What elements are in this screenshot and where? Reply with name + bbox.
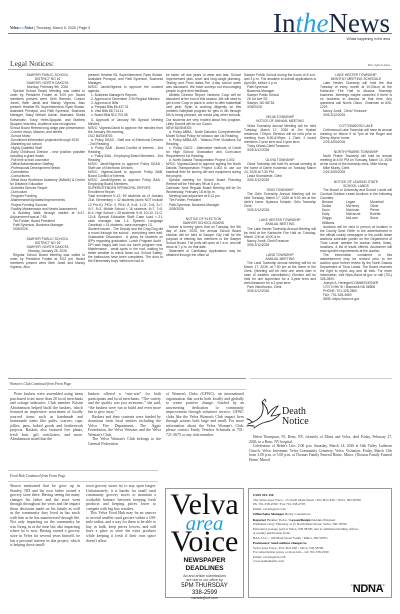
- womens-club-subhead: Women's Club Continued from Front Page: [10, 382, 71, 386]
- notice-line: Cottonwood Lake Township will have its a…: [320, 128, 392, 140]
- food-hub-top-rule: [8, 470, 158, 471]
- notice-line: b. Policy ABBA-AR - Tobacco Free Violati…: [166, 138, 241, 146]
- usps-number: USPS 019-156: [253, 493, 273, 497]
- notice-line: 4. Approval of January 9th Special Meeti…: [88, 118, 163, 126]
- death-title-line-2: Notice: [282, 417, 309, 427]
- office-manager-label: Office/Sales Manager: [253, 512, 284, 516]
- section-title: Legal Notices:: [10, 59, 54, 68]
- page-dateline: VelvaareaVoice | Thursday, March 5, 2026…: [10, 26, 90, 30]
- publication-info-box: USPS 019-156 The Velva Area Voice / 15 N…: [248, 488, 392, 598]
- food-hub-subhead: Food Hub Continued from Front Page: [10, 474, 65, 478]
- ndna-badge: An award-winning member of the NDNA: [349, 584, 387, 592]
- dove-icon: [244, 398, 284, 430]
- ad-heading: NEWSPAPER DEADLINES: [166, 557, 243, 572]
- notice-line: Special School Board Meeting was called …: [10, 89, 85, 125]
- county-name: [368, 221, 392, 225]
- article-paragraph: Shawn mentioned that he grew up in Stanl…: [10, 484, 80, 548]
- notice-line: c. Policy BAA - Employing Board Members …: [88, 154, 163, 162]
- notice-line: a. Policy DEAD - Staff use of Electronic…: [88, 138, 163, 146]
- notice-line: Velva Township Annual Meeting will be he…: [244, 124, 316, 144]
- legal-column-3: be taken off due years of wear and tear.…: [166, 73, 241, 257]
- county-name: Williams: [320, 221, 344, 225]
- notice-line: -Minot Area Workforce Academy (MAWA) & C…: [10, 178, 85, 186]
- legal-column-1: SAWYER PUBLIC SCHOOLDISTRICT NO 16SAWYER…: [10, 73, 85, 269]
- legal-column-4: Sawyer Public School during the hours of…: [244, 73, 316, 293]
- notice-line: a. Policy ABBA - North Dakota's Comprehe…: [166, 130, 241, 138]
- reporter-label: Reporter: [253, 518, 266, 522]
- womens-club-column-3: of Women's Clubs (GFWC), an internationa…: [166, 392, 244, 437]
- womens-club-column-1: Prize baskets were assembled using items…: [10, 392, 83, 442]
- death-notice-paragraph: Helen Thompson, 95, Reno, NV, formerly o…: [249, 435, 392, 444]
- notice-line: Lake Hester Township will hold the first…: [320, 81, 392, 109]
- ad-deadline-time: 5PM THURSDAY: [166, 583, 243, 590]
- brand-voice: Voice: [25, 26, 33, 30]
- notice-line: The information contained in this advert…: [320, 253, 392, 281]
- death-notice-text: Helen Thompson, 95, Reno, NV, formerly o…: [249, 435, 392, 462]
- notice-line: Student Issues - The Deputy and the Drug…: [88, 227, 163, 263]
- header-divider: [8, 33, 392, 34]
- publisher-address: BAS, LLC / 100 Main Street South / Minot…: [253, 536, 387, 541]
- newspaper-deadlines-ad: Velva area Voice NEWSPAPER DEADLINES Ad …: [165, 488, 244, 598]
- notice-line: The Board of University and School Lands…: [320, 188, 392, 200]
- notice-line: Auctions will be held in person at locat…: [320, 225, 392, 253]
- notice-line: c. Policy GACE - Alternative methods of …: [166, 146, 241, 158]
- notice-line: Sawyer Public School during the hours of…: [244, 73, 316, 85]
- death-notice-top-rule: [250, 378, 392, 379]
- legal-column-5: LAKE HESTER TOWNSHIPMONTHLY MEETING SCHE…: [320, 73, 392, 301]
- ndna-logo: NDNA: [349, 587, 387, 592]
- notice-line: M/S/C: Jandt/Vigness to approve the cons…: [88, 85, 163, 93]
- food-hub-column-1: Shawn mentioned that he grew up in Stanl…: [10, 484, 80, 548]
- womens-club-top-rule: [8, 378, 246, 379]
- notice-line: Regular School Board Meeting was called …: [10, 253, 85, 269]
- notice-line: Statement of Candidacy Applications may …: [166, 249, 241, 257]
- ad-logo-voice: Voice: [166, 530, 243, 554]
- section-divider: [8, 69, 392, 70]
- legal-column-2: present: Heather Ek, Superintendent, Rya…: [88, 73, 163, 263]
- notice-line: A Building Walk through started at 6:47.…: [10, 211, 85, 219]
- notice-line: be taken off due years of wear and tear.…: [166, 73, 241, 93]
- notice-line: The Land Township annual meeting will be…: [244, 261, 316, 285]
- article-paragraph: Baskets and their contents were funded b…: [88, 415, 161, 438]
- website-link[interactable]: www.sendaheartb.com: [253, 559, 387, 564]
- article-paragraph: baskets offered a “win-win” for both par…: [88, 392, 161, 415]
- notice-line: Special meeting for School Board Plannin…: [166, 178, 241, 186]
- article-paragraph: of Women's Clubs (GFWC), an internationa…: [166, 392, 244, 437]
- ad-email: vavads@srt.com: [166, 596, 243, 600]
- notice-line: M/S/C: Jandt/Vigness to approve Policy D…: [88, 162, 163, 170]
- ad-heading-line-1: NEWSPAPER: [166, 557, 243, 565]
- notice-line: 3/05-3/12/2026: [244, 289, 316, 293]
- notice-line: Olivia Township will hold it's annual me…: [244, 162, 316, 174]
- notice-line: North Prairie Township will hold its ann…: [320, 154, 392, 166]
- dateline-text: | Thursday, March 5, 2026 | Page 3: [33, 26, 90, 30]
- food-hub-subhead-rule: [8, 481, 158, 482]
- reporter-name: Heather Tudor /: [266, 518, 289, 522]
- article-paragraph: The Velva Woman's Club belongs to the Ge…: [88, 437, 161, 446]
- layout-name: DeAnna Ernstsen: [310, 518, 335, 522]
- notice-line: M/S/C: Jandt/Vigness to approve Policy B…: [88, 178, 163, 186]
- death-notice-title: Death Notice: [282, 407, 309, 427]
- article-paragraph: town grocery stores try to stay open lon…: [86, 484, 156, 511]
- article-paragraph: Prize baskets were assembled using items…: [10, 392, 83, 442]
- notice-line: Total enrollment K-12: 59 students as of…: [88, 194, 163, 226]
- notice-line: -Early Childhood Director - new position…: [10, 150, 85, 158]
- publication-email: Email: vavads@srt.com: [253, 507, 387, 512]
- notice-line: b. Policy BAB - Board Conflict of Intere…: [88, 146, 163, 154]
- death-notice-paragraph: Celebration of Helen's Life: 2:00 p.m. S…: [249, 444, 392, 462]
- notice-line: Athletic Director Report: Nedrose Coop w…: [166, 93, 241, 125]
- notice-line: Calendar: Next Regular Board Meeting wil…: [166, 186, 241, 194]
- article-paragraph: This Velva Food Hub may be an answer to …: [86, 511, 156, 543]
- food-hub-column-2: town grocery stores try to stay open lon…: [86, 484, 156, 543]
- notice-line: WEB: https://land.nd.gov: [320, 297, 392, 301]
- notice-line: -Facility Maintenance and Needs Assessme…: [10, 207, 85, 211]
- county-name: [344, 221, 368, 225]
- postmaster-label: Postmaster: Send address changes to:: [253, 541, 307, 545]
- office-manager-name: Becky Colenstross: [284, 512, 310, 516]
- notice-line: M/S/C: Vigness/Jandt to approve the minu…: [88, 126, 163, 134]
- notice-line: The Lake Hester Township Annual Meeting …: [244, 227, 316, 239]
- counties-list: BensonLoganMountrailDivideMcHenryOliverD…: [320, 200, 392, 224]
- ad-heading-line-2: DEADLINES: [166, 565, 243, 573]
- notice-line: M/S/C: Vigness/Jandt to approve Policy B…: [88, 170, 163, 178]
- notice-line: Notice is hereby given that on Tuesday, …: [166, 225, 241, 249]
- womens-club-column-2: baskets offered a “win-win” for both par…: [88, 392, 161, 447]
- notice-line: M/S/C: Vigness/Jandt to approve signing …: [166, 162, 241, 178]
- ad-phone: 338-2599: [166, 590, 243, 597]
- masthead-tagline: Whats happening in the area: [347, 37, 390, 41]
- notice-line: present: Heather Ek, Superintendent, Rya…: [88, 73, 163, 85]
- layout-label: Layout/Design: [289, 518, 310, 522]
- womens-club-subhead-rule: [8, 389, 246, 390]
- notice-line: The Odin Township Annual Meeting will be…: [244, 192, 316, 208]
- section-subtitle: Your right to know: [368, 63, 390, 67]
